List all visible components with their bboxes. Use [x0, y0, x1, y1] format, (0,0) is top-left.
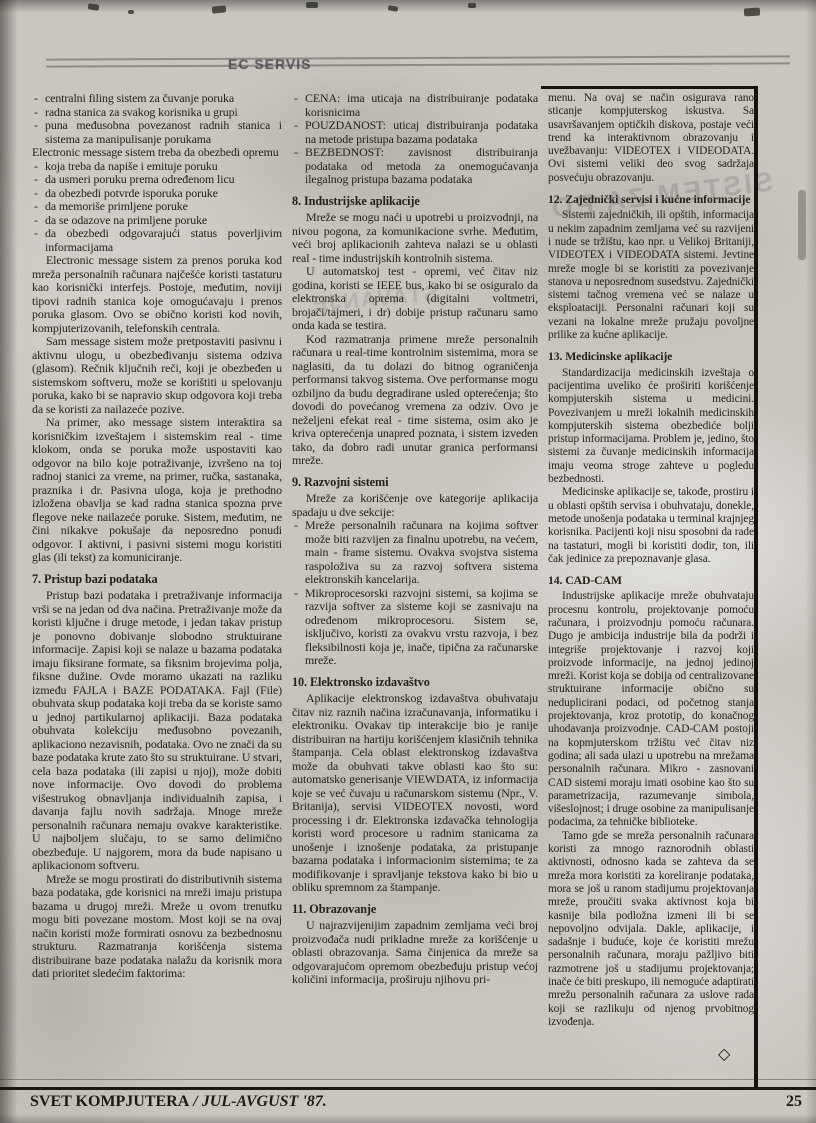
- header-rule-top: [46, 55, 790, 60]
- scan-speck: [128, 10, 134, 14]
- paragraph: Industrijske aplikacije mreže obuhvataju…: [548, 590, 754, 829]
- end-of-article-mark: ◇: [718, 1044, 730, 1064]
- scan-speck: [88, 3, 100, 10]
- list-item: da memoriše primljene poruke: [32, 200, 282, 214]
- section-heading: 14. CAD-CAM: [548, 574, 754, 587]
- scan-speck: [212, 5, 227, 13]
- list-item: da obezbedi potvrde isporuka poruke: [32, 187, 282, 201]
- column3-box-top-border: [541, 86, 758, 89]
- list-item: da obezbedi odgovarajući status poverlji…: [32, 227, 282, 254]
- scan-speck: [306, 2, 318, 8]
- paragraph: Tamo gde se mreža personalnih računara k…: [548, 830, 754, 1029]
- scan-edge-shadow-bottom: [0, 1113, 816, 1123]
- paragraph: Electronic message sistem za prenos poru…: [32, 254, 282, 335]
- list-item: koja treba da napiše i emituje poruku: [32, 160, 282, 174]
- paragraph: Sistemi zajedničkih, ili opštih, informa…: [548, 209, 754, 342]
- footer-separator: /: [189, 1093, 201, 1110]
- section-heading: 8. Industrijske aplikacije: [292, 195, 538, 209]
- section-heading: 13. Medicinske aplikacije: [548, 350, 754, 363]
- list-item: radna stanica za svakog korisnika u grup…: [32, 106, 282, 120]
- scan-edge-shadow-left: [0, 0, 22, 1123]
- column3-box-right-border: [754, 86, 758, 1088]
- section-heading: 9. Razvojni sistemi: [292, 476, 538, 490]
- column-2: CENA: ima uticaja na distribuiranje poda…: [292, 92, 538, 1078]
- scan-edge-shadow-top: [0, 0, 816, 14]
- paragraph: Na primer, ako message sistem interaktir…: [32, 416, 282, 565]
- footer-rule: [0, 1087, 816, 1090]
- scan-speck: [388, 5, 399, 12]
- paragraph: Mreže za korišćenje ove kategorije aplik…: [292, 492, 538, 519]
- paragraph: Aplikacije elektronskog izdavaštva obuhv…: [292, 692, 538, 895]
- list-item: centralni filing sistem za čuvanje poruk…: [32, 92, 282, 106]
- paragraph: Medicinske aplikacije se, takođe, prosti…: [548, 486, 754, 566]
- column-3: menu. Na ovaj se način osigurava rano st…: [548, 92, 754, 1078]
- scanned-magazine-page: EC SERVIS SISTEM ZA PO STAVANJE centraln…: [0, 0, 816, 1123]
- list-item: Mikroprocesorski razvojni sistemi, sa ko…: [292, 587, 538, 668]
- paragraph: Kod razmatranja primene mreže personalni…: [292, 333, 538, 468]
- paragraph: U automatskoj test - opremi, već čitav n…: [292, 265, 538, 333]
- footer: SVET KOMPJUTERA / JUL-AVGUST '87.: [30, 1093, 327, 1111]
- list-item: BEZBEDNOST: zavisnost distribuiranja pod…: [292, 146, 538, 187]
- paragraph: Mreže se mogu prostirati do distributivn…: [32, 873, 282, 981]
- paragraph: Mreže se mogu naći u upotrebi u proizvod…: [292, 211, 538, 265]
- paragraph: Pristup bazi podataka i pretraživanje in…: [32, 589, 282, 873]
- list-item: da se odazove na primljene poruke: [32, 214, 282, 228]
- paragraph: menu. Na ovaj se način osigurava rano st…: [548, 92, 754, 185]
- list-item: puna međusobna povezanost radnih stanica…: [32, 119, 282, 146]
- paragraph: Sam message sistem može pretpostaviti pa…: [32, 335, 282, 416]
- list-item: da usmeri poruku prema određenom licu: [32, 173, 282, 187]
- paragraph: Standardizacija medicinskih izveštaja o …: [548, 367, 754, 487]
- list-item: Mreže personalnih računara na kojima sof…: [292, 519, 538, 587]
- article-columns: centralni filing sistem za čuvanje poruk…: [32, 92, 758, 1078]
- paragraph: Electronic message sistem treba da obezb…: [32, 146, 282, 160]
- list-item: CENA: ima uticaja na distribuiranje poda…: [292, 92, 538, 119]
- page-number: 25: [786, 1093, 802, 1111]
- section-heading: 10. Elektronsko izdavaštvo: [292, 676, 538, 690]
- column-1: centralni filing sistem za čuvanje poruk…: [32, 92, 282, 1078]
- footer-rule-faint: [0, 1079, 816, 1080]
- magazine-title: SVET KOMPJUTERA: [30, 1093, 189, 1110]
- scan-streak: [798, 190, 806, 260]
- scan-speck: [744, 7, 761, 16]
- header-rule-bottom: [46, 62, 790, 67]
- section-heading: 11. Obrazovanje: [292, 903, 538, 917]
- section-heading: 12. Zajednički servisi i kućne informaci…: [548, 193, 754, 206]
- list-item: POUZDANOST: uticaj distribuiranja podata…: [292, 119, 538, 146]
- paragraph: U najrazvijenijim zapadnim zemljama veći…: [292, 919, 538, 987]
- issue-date: JUL-AVGUST '87.: [202, 1093, 327, 1110]
- scan-edge-shadow-right: [804, 0, 816, 1123]
- scan-speck: [468, 3, 476, 8]
- section-heading: 7. Pristup bazi podataka: [32, 573, 282, 587]
